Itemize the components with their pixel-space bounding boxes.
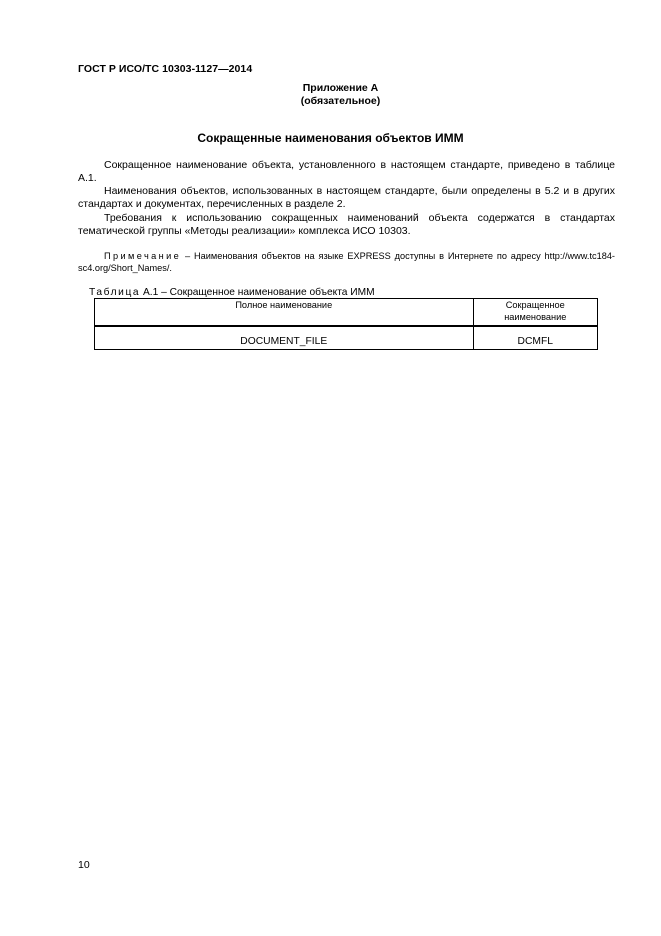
header-short-name-line1: Сокращенное bbox=[506, 300, 565, 310]
header-full-name-label: Полное наименование bbox=[235, 300, 332, 310]
paragraph-text: Требования к использованию сокращенных н… bbox=[78, 212, 615, 237]
table-row: DOCUMENT_FILE DCMFL bbox=[95, 326, 598, 350]
short-names-table: Полное наименование Сокращенное наименов… bbox=[94, 298, 598, 350]
paragraph-2: Наименования объектов, использованных в … bbox=[78, 185, 615, 210]
paragraph-text: Наименования объектов, использованных в … bbox=[78, 185, 615, 210]
paragraph-3: Требования к использованию сокращенных н… bbox=[78, 212, 615, 237]
cell-short-name: DCMFL bbox=[473, 326, 597, 350]
document-code: ГОСТ Р ИСО/ТС 10303-1127—2014 bbox=[78, 63, 252, 75]
page-number: 10 bbox=[78, 859, 90, 871]
table-caption-label: Таблица bbox=[89, 287, 140, 298]
cell-full-name: DOCUMENT_FILE bbox=[95, 326, 474, 350]
header-short-name-line2: наименование bbox=[504, 312, 566, 322]
note-label: Примечание bbox=[104, 251, 181, 261]
note: Примечание – Наименования объектов на яз… bbox=[78, 251, 615, 274]
annex-status: (обязательное) bbox=[10, 95, 661, 108]
paragraph-text: Сокращенное наименование объекта, устано… bbox=[78, 159, 615, 184]
document-page: ГОСТ Р ИСО/ТС 10303-1127—2014 Приложение… bbox=[0, 0, 661, 936]
table-caption-text: А.1 – Сокращенное наименование объекта И… bbox=[140, 287, 374, 298]
section-title: Сокращенные наименования объектов ИММ bbox=[0, 131, 661, 145]
annex-title: Приложение А bbox=[10, 82, 661, 95]
header-short-name: Сокращенное наименование bbox=[473, 299, 597, 327]
header-full-name: Полное наименование bbox=[95, 299, 474, 327]
table-header-row: Полное наименование Сокращенное наименов… bbox=[95, 299, 598, 327]
note-dash: – bbox=[181, 251, 194, 261]
paragraph-1: Сокращенное наименование объекта, устано… bbox=[78, 159, 615, 184]
